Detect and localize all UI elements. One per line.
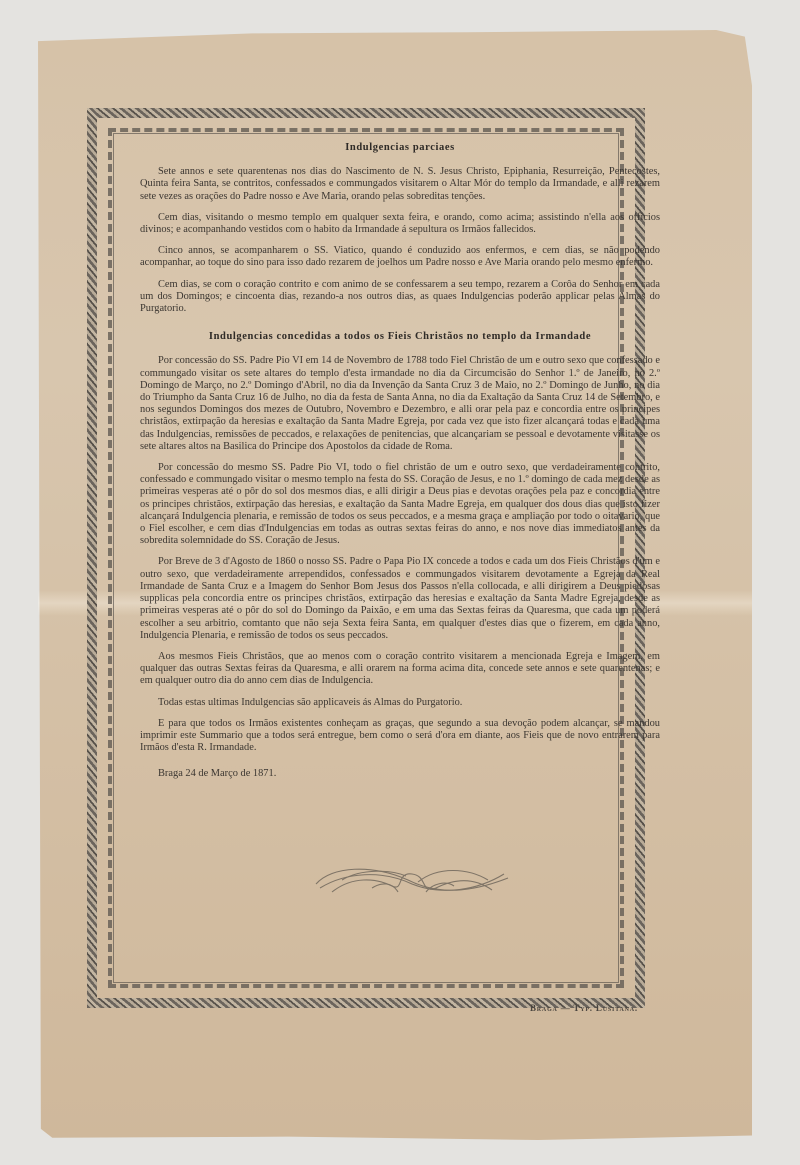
section-heading-granted-indulgences: Indulgencias concedidas a todos os Fieis…: [140, 331, 660, 343]
paragraph: Por concessão do mesmo SS. Padre Pio VI,…: [140, 462, 660, 547]
date-line: Braga 24 de Março de 1871.: [140, 768, 660, 780]
calligraphic-flourish-icon: [312, 858, 512, 902]
paragraph: Por Breve de 3 d'Agosto de 1860 o nosso …: [140, 556, 660, 641]
paragraph: Aos mesmos Fieis Christãos, que ao menos…: [140, 651, 660, 688]
paragraph: Todas estas ultimas Indulgencias são app…: [140, 697, 660, 709]
paragraph: Sete annos e sete quarentenas nos dias d…: [140, 166, 660, 203]
paragraph: Por concessão do SS. Padre Pio VI em 14 …: [140, 355, 660, 453]
section-heading-partial-indulgences: Indulgencias parciaes: [140, 142, 660, 154]
document-body: Indulgencias parciaes Sete annos e sete …: [140, 142, 660, 790]
printer-imprint: Braga — Typ. Lusitana.: [530, 1003, 638, 1013]
paragraph: Cem dias, se com o coração contrito e co…: [140, 279, 660, 316]
paragraph: Cem dias, visitando o mesmo templo em qu…: [140, 212, 660, 236]
paragraph: Cinco annos, se acompanharem o SS. Viati…: [140, 245, 660, 269]
paragraph: E para que todos os Irmãos existentes co…: [140, 718, 660, 755]
